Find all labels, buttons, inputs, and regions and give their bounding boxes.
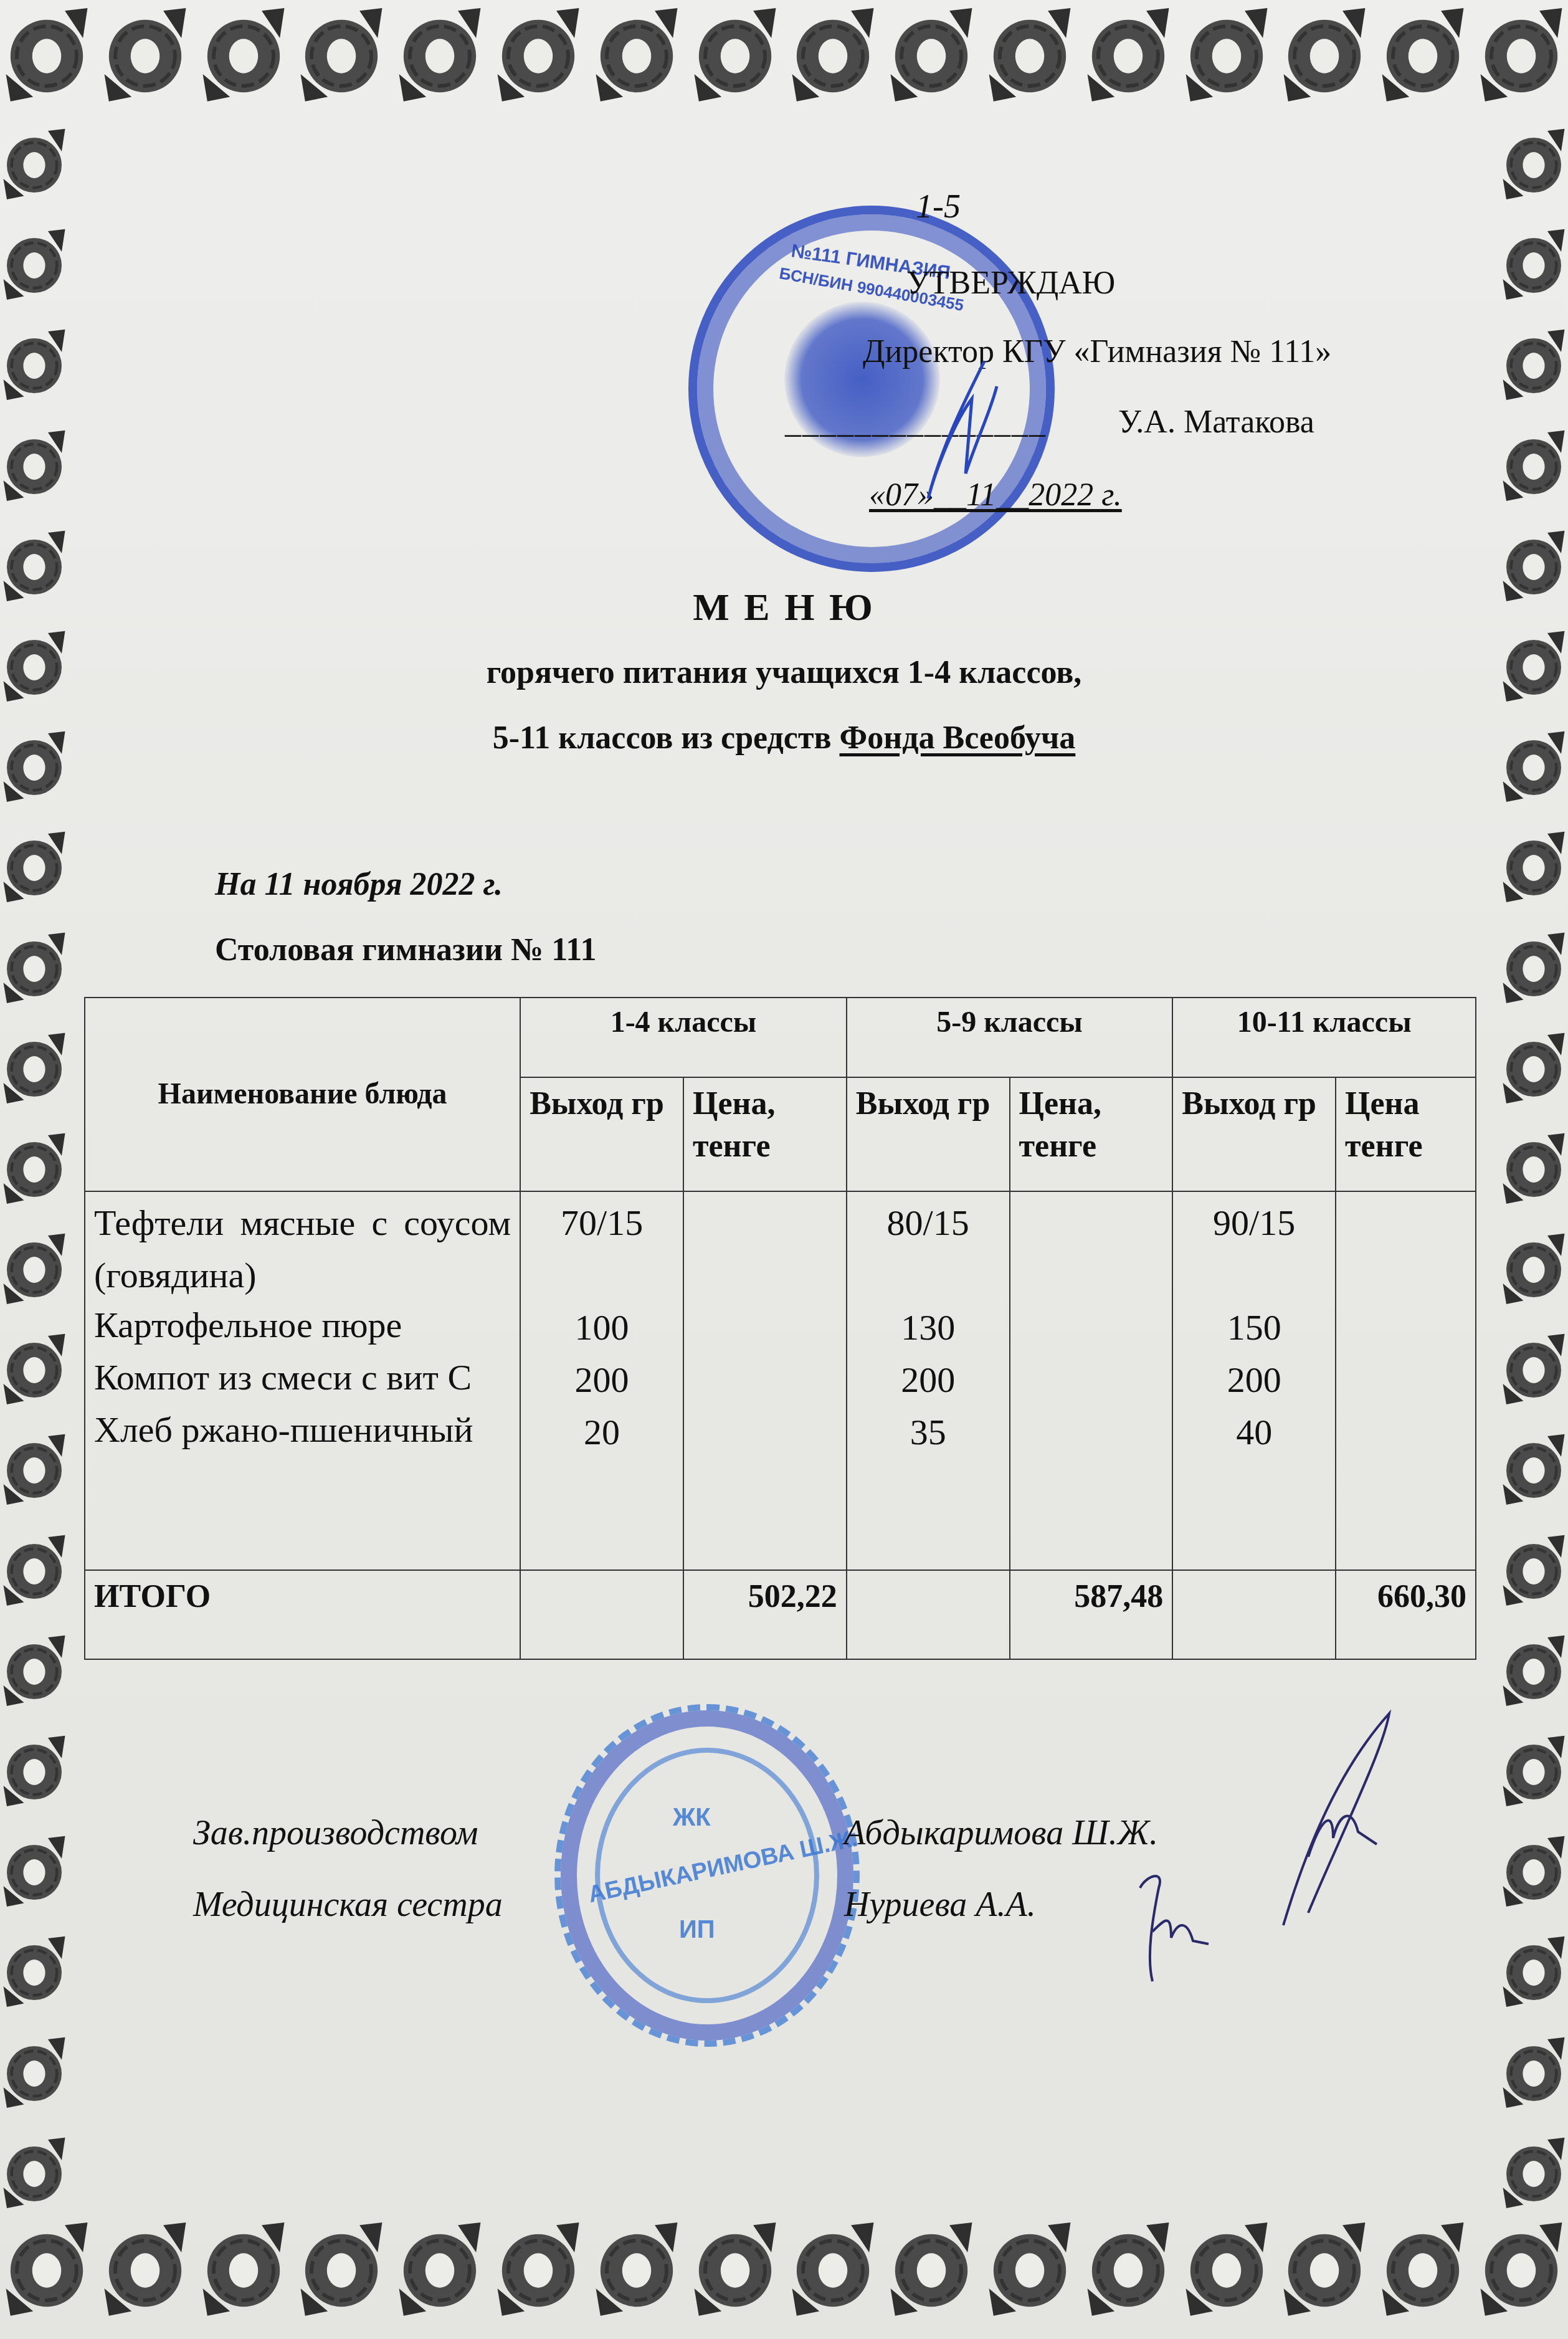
flower-ornament-icon <box>590 6 683 106</box>
flower-ornament-icon <box>590 2221 683 2320</box>
header-group: 5-9 классы <box>847 998 1173 1077</box>
signature-name: Абдыкаримова Ш.Ж. <box>844 1813 1158 1853</box>
total-yield-empty <box>520 1570 683 1659</box>
flower-ornament-icon <box>1376 6 1470 106</box>
flower-ornament-icon <box>197 2221 290 2320</box>
yield-value: 100 <box>530 1302 674 1354</box>
flower-ornament-icon <box>0 219 69 312</box>
flower-ornament-icon <box>885 2221 978 2320</box>
flower-ornament-icon <box>1081 2221 1175 2320</box>
flower-ornament-icon <box>1499 1022 1568 1116</box>
flower-ornament-icon <box>688 6 782 106</box>
ornament-border-right <box>1499 118 1568 2221</box>
price-cell-1-4 <box>683 1191 847 1570</box>
flower-ornament-icon <box>492 6 585 106</box>
flower-ornament-icon <box>1499 1123 1568 1216</box>
yield-cell-1-4: 70/15 100 200 20 <box>520 1191 683 1570</box>
flower-ornament-icon <box>492 2221 585 2320</box>
fund-name: Фонда Всеобуча <box>840 720 1076 756</box>
flower-ornament-icon <box>0 821 69 915</box>
flower-ornament-icon <box>786 2221 880 2320</box>
yield-value: 35 <box>856 1406 1000 1459</box>
flower-ornament-icon <box>0 2127 69 2221</box>
ornament-border-left <box>0 118 69 2221</box>
flower-ornament-icon <box>0 1625 69 1718</box>
flower-ornament-icon <box>0 922 69 1016</box>
flower-ornament-icon <box>98 6 192 106</box>
yield-value: 200 <box>1182 1354 1326 1406</box>
price-cell-10-11 <box>1336 1191 1476 1570</box>
flower-ornament-icon <box>1499 1223 1568 1317</box>
approval-name: У.А. Матакова <box>1118 404 1314 441</box>
dish-names-cell: Тефтели мясные с соусом (говядина) Карто… <box>85 1191 520 1570</box>
yield-value: 70/15 <box>530 1197 674 1302</box>
dish-name: Картофельное пюре <box>94 1299 511 1351</box>
director-signature <box>891 349 1003 511</box>
flower-ornament-icon <box>295 2221 388 2320</box>
flower-ornament-icon <box>0 319 69 412</box>
flower-ornament-icon <box>0 420 69 513</box>
menu-title: М Е Н Ю <box>0 586 1568 630</box>
flower-ornament-icon <box>1499 2127 1568 2221</box>
flower-ornament-icon <box>0 1826 69 1919</box>
flower-ornament-icon <box>688 2221 782 2320</box>
flower-ornament-icon <box>1278 2221 1371 2320</box>
ornament-border-top <box>0 6 1568 118</box>
flower-ornament-icon <box>1499 1826 1568 1919</box>
flower-ornament-icon <box>1499 1926 1568 2019</box>
flower-ornament-icon <box>0 1323 69 1417</box>
yield-value: 20 <box>530 1406 674 1459</box>
header-dish-name: Наименование блюда <box>85 998 520 1191</box>
flower-ornament-icon <box>0 6 93 106</box>
flower-ornament-icon <box>786 6 880 106</box>
menu-subtitle-line2: 5-11 классов из средств Фонда Всеобуча <box>0 720 1568 756</box>
ornament-border-bottom <box>0 2221 1568 2333</box>
approval-heading: УТВЕРЖДАЮ <box>906 265 1115 302</box>
flower-ornament-icon <box>0 1123 69 1216</box>
flower-ornament-icon <box>1475 2221 1568 2320</box>
yield-value: 40 <box>1182 1406 1326 1459</box>
header-yield: Выход гр <box>847 1077 1010 1191</box>
dish-name: Тефтели мясные с соусом (говядина) <box>94 1197 511 1299</box>
signature-role: Зав.производством <box>193 1813 478 1853</box>
flower-ornament-icon <box>295 6 388 106</box>
yield-value: 90/15 <box>1182 1197 1326 1302</box>
header-price: Цена, тенге <box>1010 1077 1173 1191</box>
signature-name: Нуриева А.А. <box>844 1885 1036 1925</box>
flower-ornament-icon <box>1475 6 1568 106</box>
signature-role: Медицинская сестра <box>193 1885 503 1925</box>
flower-ornament-icon <box>393 2221 487 2320</box>
menu-table: Наименование блюда 1-4 классы 5-9 классы… <box>84 997 1476 1660</box>
dish-name: Компот из смеси с вит С <box>94 1351 511 1404</box>
flower-ornament-icon <box>98 2221 192 2320</box>
flower-ornament-icon <box>983 6 1076 106</box>
supplier-stamp-bottom: ИП <box>679 1916 715 1944</box>
flower-ornament-icon <box>0 1223 69 1317</box>
flower-ornament-icon <box>393 6 487 106</box>
flower-ornament-icon <box>1081 6 1175 106</box>
yield-value: 200 <box>856 1354 1000 1406</box>
header-group: 10-11 классы <box>1172 998 1476 1077</box>
total-price-10-11: 660,30 <box>1336 1570 1476 1659</box>
total-yield-empty <box>847 1570 1010 1659</box>
total-price-1-4: 502,22 <box>683 1570 847 1659</box>
flower-ornament-icon <box>0 118 69 212</box>
header-price: Цена, тенге <box>683 1077 847 1191</box>
flower-ornament-icon <box>983 2221 1076 2320</box>
flower-ornament-icon <box>0 1424 69 1517</box>
flower-ornament-icon <box>197 6 290 106</box>
flower-ornament-icon <box>1278 6 1371 106</box>
flower-ornament-icon <box>1499 420 1568 513</box>
total-label: ИТОГО <box>85 1570 520 1659</box>
flower-ornament-icon <box>0 1525 69 1618</box>
flower-ornament-icon <box>0 2027 69 2120</box>
yield-value: 200 <box>530 1354 674 1406</box>
dish-name: Хлеб ржано-пшеничный <box>94 1404 511 1456</box>
canteen-name: Столовая гимназии № 111 <box>215 931 596 968</box>
doc-number: 1-5 <box>916 187 961 226</box>
flower-ornament-icon <box>1499 2027 1568 2120</box>
subtitle-prefix: 5-11 классов из средств <box>493 720 840 756</box>
flower-ornament-icon <box>1499 319 1568 412</box>
yield-cell-10-11: 90/15 150 200 40 <box>1172 1191 1336 1570</box>
flower-ornament-icon <box>0 1725 69 1819</box>
menu-date: На 11 ноября 2022 г. <box>215 866 503 903</box>
flower-ornament-icon <box>1180 6 1273 106</box>
table-header-groups: Наименование блюда 1-4 классы 5-9 классы… <box>85 998 1476 1077</box>
flower-ornament-icon <box>1499 1323 1568 1417</box>
yield-value: 150 <box>1182 1302 1326 1354</box>
supplier-stamp: ЖК АБДЫКАРИМОВА Ш.Ж. ИП <box>554 1704 860 2047</box>
menu-subtitle-line1: горячего питания учащихся 1-4 классов, <box>0 654 1568 691</box>
yield-value: 80/15 <box>856 1197 1000 1302</box>
document-page: №111 ГИМНАЗИЯ БСН/БИН 990440003455 1-5 У… <box>0 0 1568 2339</box>
yield-value: 130 <box>856 1302 1000 1354</box>
flower-ornament-icon <box>1499 922 1568 1016</box>
flower-ornament-icon <box>1499 219 1568 312</box>
flower-ornament-icon <box>885 6 978 106</box>
nurse-signature <box>1128 1863 1227 1988</box>
flower-ornament-icon <box>1499 118 1568 212</box>
yield-cell-5-9: 80/15 130 200 35 <box>847 1191 1010 1570</box>
production-head-signature <box>1265 1701 1427 1938</box>
flower-ornament-icon <box>1180 2221 1273 2320</box>
table-row-total: ИТОГО 502,22 587,48 660,30 <box>85 1570 1476 1659</box>
total-price-5-9: 587,48 <box>1010 1570 1173 1659</box>
total-yield-empty <box>1172 1570 1336 1659</box>
header-price: Цена тенге <box>1336 1077 1476 1191</box>
header-yield: Выход гр <box>520 1077 683 1191</box>
supplier-stamp-top: ЖК <box>673 1804 711 1832</box>
price-cell-5-9 <box>1010 1191 1173 1570</box>
flower-ornament-icon <box>0 2221 93 2320</box>
flower-ornament-icon <box>0 1926 69 2019</box>
flower-ornament-icon <box>1499 821 1568 915</box>
flower-ornament-icon <box>1499 1625 1568 1718</box>
header-yield: Выход гр <box>1172 1077 1336 1191</box>
flower-ornament-icon <box>1499 1525 1568 1618</box>
table-row-dishes: Тефтели мясные с соусом (говядина) Карто… <box>85 1191 1476 1570</box>
header-group: 1-4 классы <box>520 998 847 1077</box>
flower-ornament-icon <box>0 1022 69 1116</box>
flower-ornament-icon <box>1376 2221 1470 2320</box>
flower-ornament-icon <box>1499 1725 1568 1819</box>
flower-ornament-icon <box>1499 1424 1568 1517</box>
